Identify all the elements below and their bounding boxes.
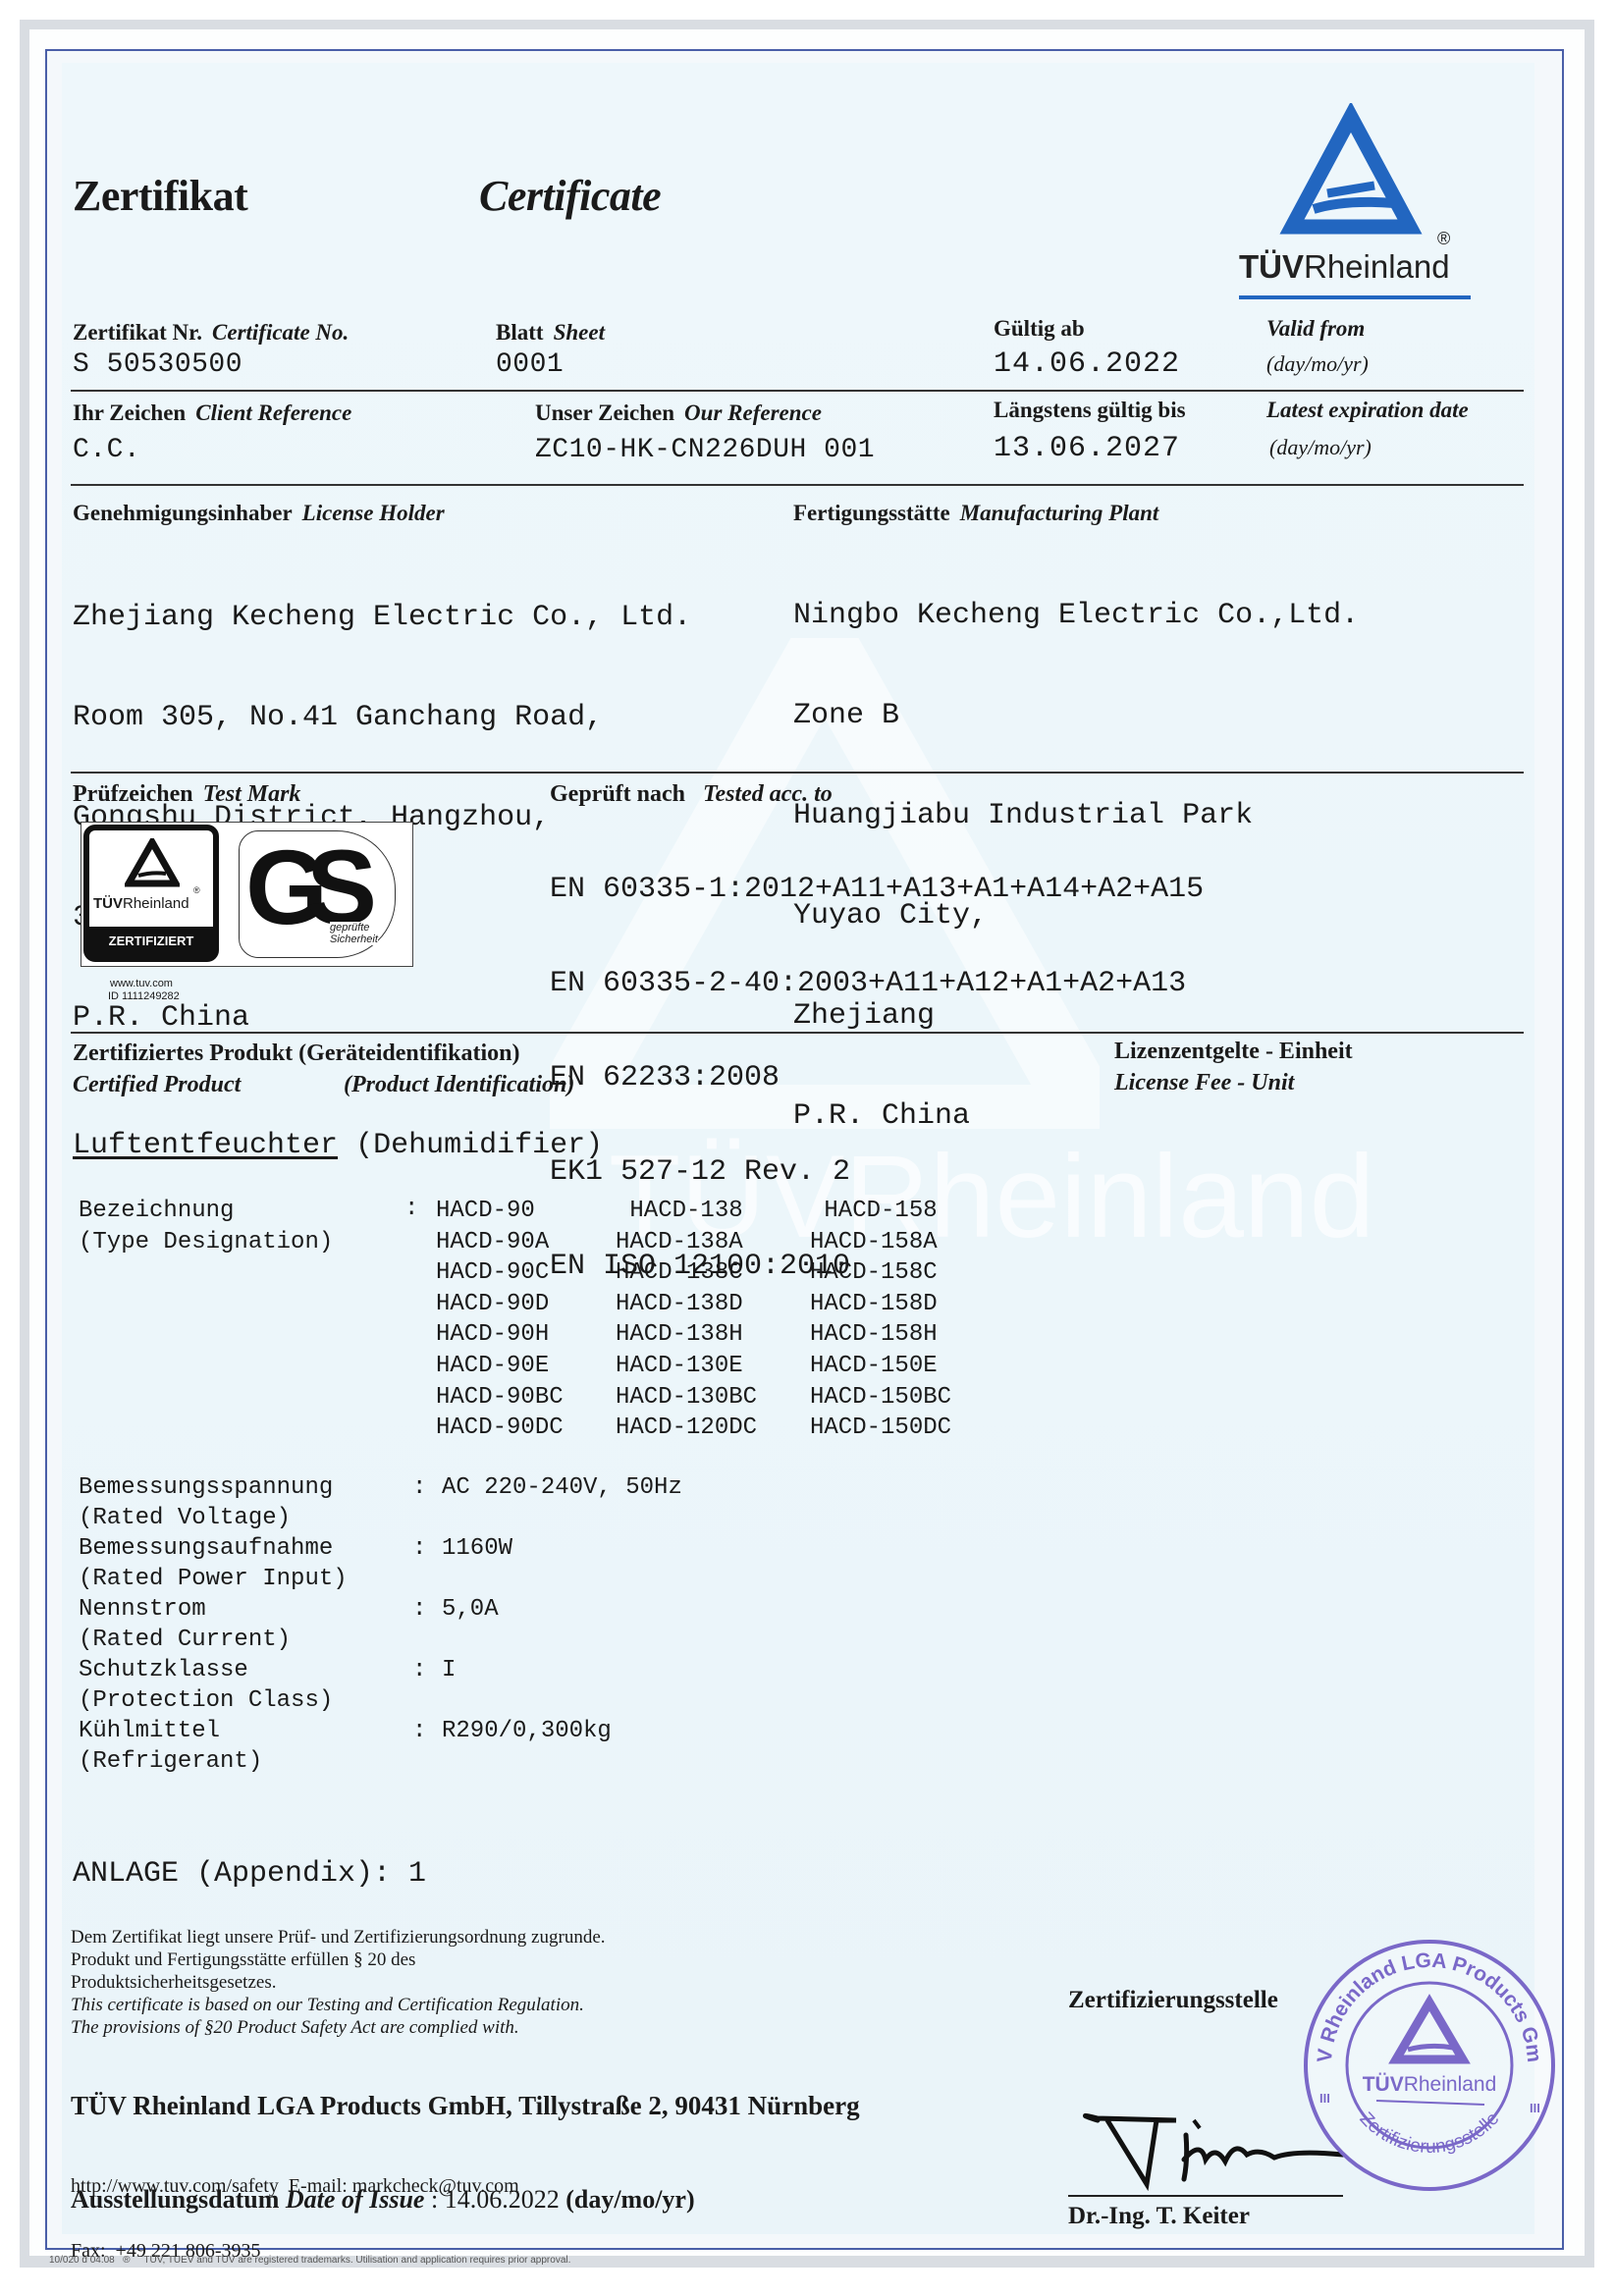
spec-separator: : (412, 1533, 442, 1564)
type-designation-item: HACD-130E (616, 1351, 810, 1382)
legal-notes: Dem Zertifikat liegt unsere Prüf- und Ze… (71, 1926, 606, 2039)
type-designation-item: HACD-150E (810, 1351, 987, 1382)
address-line: Ningbo Kecheng Electric Co.,Ltd. (793, 599, 1359, 632)
spec-row: Nennstrom:5,0A (79, 1594, 962, 1625)
type-designation-label: Bezeichnung (Type Designation) (79, 1196, 333, 1257)
test-mark-label: PrüfzeichenTest Mark (73, 781, 300, 808)
tuv-certified-mark: ® TÜVRheinland ZERTIFIZIERT (83, 825, 219, 962)
spec-key: Bemessungsaufnahme (79, 1533, 412, 1564)
type-designation-item: HACD-158 (810, 1196, 987, 1227)
type-designation-item: HACD-150DC (810, 1413, 987, 1444)
valid-from-format: (day/mo/yr) (1266, 351, 1369, 377)
spec-key: Schutzklasse (79, 1655, 412, 1685)
sheet-label: BlattSheet (496, 320, 605, 346)
product-name: Luftentfeuchter (Dehumidifier) (73, 1129, 603, 1162)
spec-row: Bemessungsspannung:AC 220-240V, 50Hz (79, 1472, 962, 1503)
spec-key-en: (Refrigerant) (79, 1746, 962, 1777)
spec-row: Schutzklasse:I (79, 1655, 962, 1685)
type-designation-grid: HACD-90 HACD-138 HACD-158HACD-90AHACD-13… (436, 1196, 987, 1444)
standard-item: EN 60335-1:2012+A11+A13+A1+A14+A2+A15 (550, 874, 1204, 905)
type-designation-item: HACD-138H (616, 1319, 810, 1351)
footer-notice: 10/020 d 04.08 ® TÜV, TUEV and TUV are r… (49, 2255, 570, 2266)
product-name-en: (Dehumidifier) (355, 1129, 603, 1162)
our-reference-value: ZC10-HK-CN226DUH 001 (535, 435, 875, 465)
spec-key-en: (Rated Current) (79, 1625, 962, 1655)
trademark-notice: TÜV, TUEV and TUV are registered tradema… (143, 2255, 570, 2266)
license-fee-label-en: License Fee - Unit (1114, 1070, 1294, 1096)
address-line: Room 305, No.41 Ganchang Road, (73, 701, 691, 734)
type-designation-item: HACD-90H (436, 1319, 616, 1351)
valid-from-label: Gültig ab (994, 316, 1085, 342)
client-reference-label: Ihr ZeichenClient Reference (73, 400, 351, 426)
license-fee-label: Lizenzentgelte - Einheit (1114, 1039, 1353, 1065)
legal-note-line: This certificate is based on our Testing… (71, 1994, 606, 2016)
brand-rest: Rheinland (1304, 248, 1450, 285)
legal-note-line: Dem Zertifikat liegt unsere Prüf- und Ze… (71, 1926, 606, 1949)
type-designation-item: HACD-90BC (436, 1382, 616, 1414)
valid-from-value: 14.06.2022 (994, 347, 1180, 381)
type-designation-item: HACD-90C (436, 1257, 616, 1289)
address-line: Zhejiang Kecheng Electric Co., Ltd. (73, 601, 691, 634)
license-holder-label: GenehmigungsinhaberLicense Holder (73, 501, 445, 526)
address-line: Zone B (793, 699, 1359, 732)
spec-key-en: (Rated Power Input) (79, 1564, 962, 1594)
date-of-issue: Ausstellungsdatum Date of Issue : 14.06.… (71, 2185, 695, 2215)
standard-item: EN 60335-2-40:2003+A11+A12+A1+A2+A13 (550, 968, 1204, 999)
our-reference-label: Unser ZeichenOur Reference (535, 400, 822, 426)
spec-separator: : (412, 1594, 442, 1625)
brand-bold: TÜV (1239, 248, 1304, 285)
expiration-format: (day/mo/yr) (1269, 435, 1372, 460)
certified-product-label-en: Certified Product (73, 1072, 241, 1098)
certificate-no-value: S 50530500 (73, 349, 242, 380)
stamp-ring-icon: TÜV Rheinland LGA Products GmbH Zertifiz… (1298, 1934, 1561, 2197)
divider (71, 772, 1524, 774)
type-designation-item: HACD-130BC (616, 1382, 810, 1414)
divider (71, 484, 1524, 486)
certification-body-label: Zertifizierungsstelle (1068, 1987, 1278, 2014)
type-designation-item: HACD-138C (616, 1257, 810, 1289)
tuv-mark-brand: TÜVRheinland (93, 895, 189, 912)
expiration-label-en: Latest expiration date (1266, 398, 1469, 423)
manufacturing-plant-label: FertigungsstätteManufacturing Plant (793, 501, 1158, 526)
issuer-name-address: TÜV Rheinland LGA Products GmbH, Tillyst… (71, 2091, 860, 2121)
type-designation-item: HACD-120DC (616, 1413, 810, 1444)
spec-separator: : (412, 1472, 442, 1503)
spec-key-en: (Rated Voltage) (79, 1503, 962, 1533)
type-designation-item: HACD-90DC (436, 1413, 616, 1444)
tuv-triangle-icon (125, 838, 180, 887)
product-name-de: Luftentfeuchter (73, 1129, 338, 1162)
type-designation-item: HACD-158A (810, 1227, 987, 1258)
specifications-list: Bemessungsspannung:AC 220-240V, 50Hz(Rat… (79, 1472, 962, 1777)
registered-mark: ® (193, 885, 200, 895)
spec-value: I (442, 1655, 456, 1685)
type-designation-item: HACD-158C (810, 1257, 987, 1289)
appendix: ANLAGE (Appendix): 1 (73, 1857, 426, 1891)
registered-mark: ® (123, 2255, 130, 2266)
valid-from-label-en: Valid from (1266, 316, 1365, 342)
logo-underline (1239, 295, 1471, 299)
legal-note-line: Produktsicherheitsgesetzes. (71, 1971, 606, 1994)
legal-note-line: Produkt und Fertigungsstätte erfüllen § … (71, 1949, 606, 1971)
spec-value: 1160W (442, 1533, 512, 1564)
spec-separator: : (412, 1716, 442, 1746)
legal-note-line: The provisions of §20 Product Safety Act… (71, 2016, 606, 2039)
spec-key: Bemessungsspannung (79, 1472, 412, 1503)
gs-mark: GS geprüfteSicherheit (239, 830, 396, 958)
zertifiziert-banner: ZERTIFIZIERT (89, 927, 213, 956)
svg-text:III: III (1530, 2101, 1540, 2115)
test-mark-box: ® TÜVRheinland ZERTIFIZIERT GS geprüfteS… (81, 822, 413, 967)
type-designation-item: HACD-150BC (810, 1382, 987, 1414)
test-mark-website: www.tuv.com (108, 978, 180, 990)
product-identification-label: (Product Identification) (344, 1072, 574, 1098)
tuv-brand-text: TÜVRheinland (1239, 248, 1450, 286)
certified-product-label: Zertifiziertes Produkt (Geräteidentifika… (73, 1041, 519, 1067)
svg-text:TÜVRheinland: TÜVRheinland (1363, 2073, 1497, 2096)
expiration-value: 13.06.2027 (994, 432, 1180, 465)
spec-row: Bemessungsaufnahme:1160W (79, 1533, 962, 1564)
tuv-logo: ® TÜVRheinland (1237, 103, 1482, 309)
svg-text:III: III (1319, 2091, 1330, 2106)
spec-separator: : (412, 1655, 442, 1685)
form-code: 10/020 d 04.08 (49, 2255, 115, 2266)
type-designation-item: HACD-138D (616, 1289, 810, 1320)
title-de: Zertifikat (73, 171, 247, 221)
registered-mark: ® (1437, 229, 1450, 249)
expiration-label: Längstens gültig bis (994, 398, 1186, 423)
test-mark-info: www.tuv.com ID 1111249282 (108, 978, 180, 1003)
spec-key-en: (Protection Class) (79, 1685, 962, 1716)
standard-item: EN 62233:2008 (550, 1062, 1204, 1094)
spec-value: R290/0,300kg (442, 1716, 612, 1746)
test-mark-id: ID 1111249282 (108, 990, 180, 1003)
spec-row: Kühlmittel:R290/0,300kg (79, 1716, 962, 1746)
type-designation-item: HACD-90 (436, 1196, 616, 1227)
type-designation-item: HACD-138A (616, 1227, 810, 1258)
title-en: Certificate (479, 171, 661, 221)
gs-caption: geprüfteSicherheit (330, 922, 378, 945)
type-designation-item: HACD-158D (810, 1289, 987, 1320)
type-colon: : (404, 1196, 418, 1222)
spec-value: AC 220-240V, 50Hz (442, 1472, 682, 1503)
type-designation-item: HACD-90E (436, 1351, 616, 1382)
type-designation-item: HACD-158H (810, 1319, 987, 1351)
spec-key: Nennstrom (79, 1594, 412, 1625)
certification-stamp: TÜV Rheinland LGA Products GmbH Zertifiz… (1298, 1934, 1561, 2197)
spec-key: Kühlmittel (79, 1716, 412, 1746)
client-reference-value: C.C. (73, 435, 140, 465)
standard-item: EK1 527-12 Rev. 2 (550, 1156, 1204, 1188)
type-designation-item: HACD-138 (616, 1196, 810, 1227)
tested-acc-label: Geprüft nachTested acc. to (550, 781, 833, 808)
sheet-value: 0001 (496, 349, 564, 380)
type-designation-item: HACD-90A (436, 1227, 616, 1258)
certificate-no-label: Zertifikat Nr.Certificate No. (73, 320, 349, 346)
divider (71, 390, 1524, 392)
type-designation-item: HACD-90D (436, 1289, 616, 1320)
spec-value: 5,0A (442, 1594, 499, 1625)
divider (71, 1032, 1524, 1034)
signatory-name: Dr.-Ing. T. Keiter (1068, 2203, 1250, 2230)
tuv-triangle-logo-icon (1237, 103, 1482, 240)
